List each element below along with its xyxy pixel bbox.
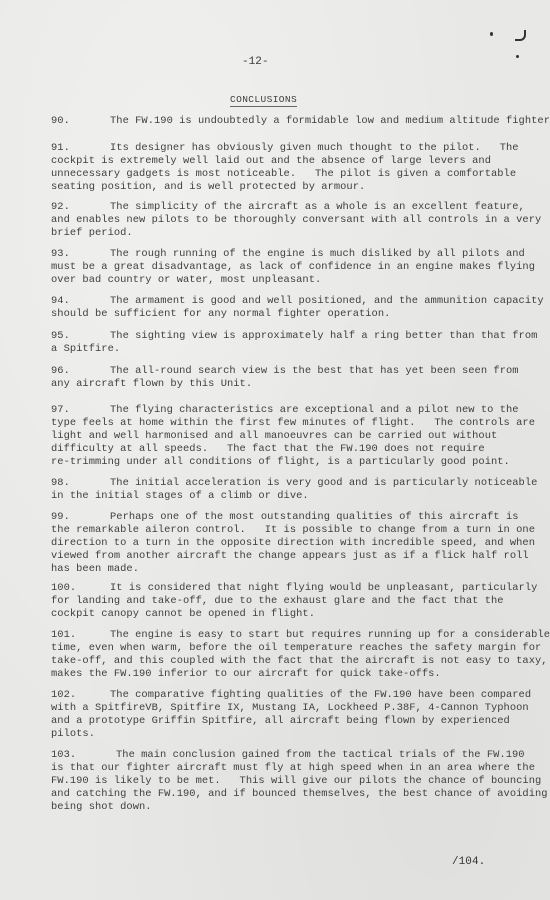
paragraph-number: 98. [51, 477, 70, 489]
paragraph-line: The flying characteristics are exception… [110, 404, 519, 416]
paragraph-line: in the initial stages of a climb or dive… [51, 490, 309, 502]
paragraph-line: The initial acceleration is very good an… [110, 477, 537, 489]
paragraph-line: and catching the FW.190, and if bounced … [51, 788, 548, 800]
paragraph-line: Perhaps one of the most outstanding qual… [110, 511, 519, 523]
paragraph-line: seating position, and is well protected … [51, 181, 365, 193]
paragraph-number: 92. [51, 201, 70, 213]
paragraph-number: 103. [51, 749, 76, 761]
paragraph-line: unnecessary gadgets is most noticeable. … [51, 168, 516, 180]
paragraph-line: take-off, and this coupled with the fact… [51, 655, 548, 667]
paragraph-line: is that our fighter aircraft must fly at… [51, 762, 535, 774]
paragraph-number: 90. [51, 115, 70, 127]
paragraph-line: The simplicity of the aircraft as a whol… [110, 201, 525, 213]
paragraph-line: It is considered that night flying would… [110, 582, 537, 594]
paragraph-line: difficulty at all speeds. The fact that … [51, 443, 485, 455]
section-heading: CONCLUSIONS [230, 94, 297, 107]
paragraph-line: being shot down. [51, 801, 152, 813]
paragraph-line: the remarkable aileron control. It is po… [51, 524, 535, 536]
paragraph-line: cockpit is extremely well laid out and t… [51, 155, 491, 167]
paragraph-line: viewed from another aircraft the change … [51, 550, 529, 562]
paragraph-line: pilots. [51, 728, 95, 740]
catchword: /104. [452, 856, 485, 868]
paragraph-line: direction to a turn in the opposite dire… [51, 537, 535, 549]
paragraph-line: type feels at home within the first few … [51, 417, 535, 429]
page-number: -12- [242, 56, 269, 68]
paragraph-line: The rough running of the engine is much … [110, 248, 525, 260]
paragraph-number: 101. [51, 629, 76, 641]
paragraph-line: over bad country or water, most unpleasa… [51, 274, 321, 286]
paragraph-line: The sighting view is approximately half … [110, 330, 537, 342]
paragraph-line: for landing and take-off, due to the exh… [51, 595, 504, 607]
paragraph-number: 95. [51, 330, 70, 342]
ink-speck [490, 32, 493, 36]
paragraph-line: must be a great disadvantage, as lack of… [51, 261, 535, 273]
document-page: -12- CONCLUSIONS 90. The FW.190 is undou… [0, 0, 550, 900]
paragraph-line: The FW.190 is undoubtedly a formidable l… [110, 115, 550, 127]
paragraph-number: 91. [51, 142, 70, 154]
ink-speck [516, 55, 519, 58]
paragraph-line: The main conclusion gained from the tact… [116, 749, 525, 761]
paragraph-line: has been made. [51, 563, 139, 575]
paragraph-line: brief period. [51, 227, 133, 239]
paragraph-line: makes the FW.190 inferior to our aircraf… [51, 668, 441, 680]
paragraph-number: 96. [51, 365, 70, 377]
paragraph-line: Its designer has obviously given much th… [110, 142, 519, 154]
paragraph-line: The armament is good and well positioned… [110, 295, 544, 307]
paragraph-line: FW.190 is likely to be met. This will gi… [51, 775, 541, 787]
paragraph-line: and enables new pilots to be thoroughly … [51, 214, 541, 226]
paragraph-number: 102. [51, 689, 76, 701]
paragraph-number: 93. [51, 248, 70, 260]
paragraph-line: time, even when warm, before the oil tem… [51, 642, 541, 654]
paragraph-line: light and well harmonised and all manoeu… [51, 430, 497, 442]
paragraph-line: re-trimming under all conditions of flig… [51, 456, 510, 468]
paragraph-line: The comparative fighting qualities of th… [110, 689, 531, 701]
paragraph-line: any aircraft flown by this Unit. [51, 378, 252, 390]
punch-mark [515, 30, 526, 41]
paragraph-line: with a SpitfireVB, Spitfire IX, Mustang … [51, 702, 529, 714]
paragraph-line: a Spitfire. [51, 343, 120, 355]
paragraph-line: The engine is easy to start but requires… [110, 629, 550, 641]
paragraph-number: 94. [51, 295, 70, 307]
paragraph-number: 99. [51, 511, 70, 523]
paragraph-line: cockpit canopy cannot be opened in fligh… [51, 608, 315, 620]
paragraph-number: 100. [51, 582, 76, 594]
paragraph-line: and a prototype Griffin Spitfire, all ai… [51, 715, 510, 727]
paragraph-line: should be sufficient for any normal figh… [51, 308, 390, 320]
paragraph-number: 97. [51, 404, 70, 416]
paragraph-line: The all-round search view is the best th… [110, 365, 519, 377]
